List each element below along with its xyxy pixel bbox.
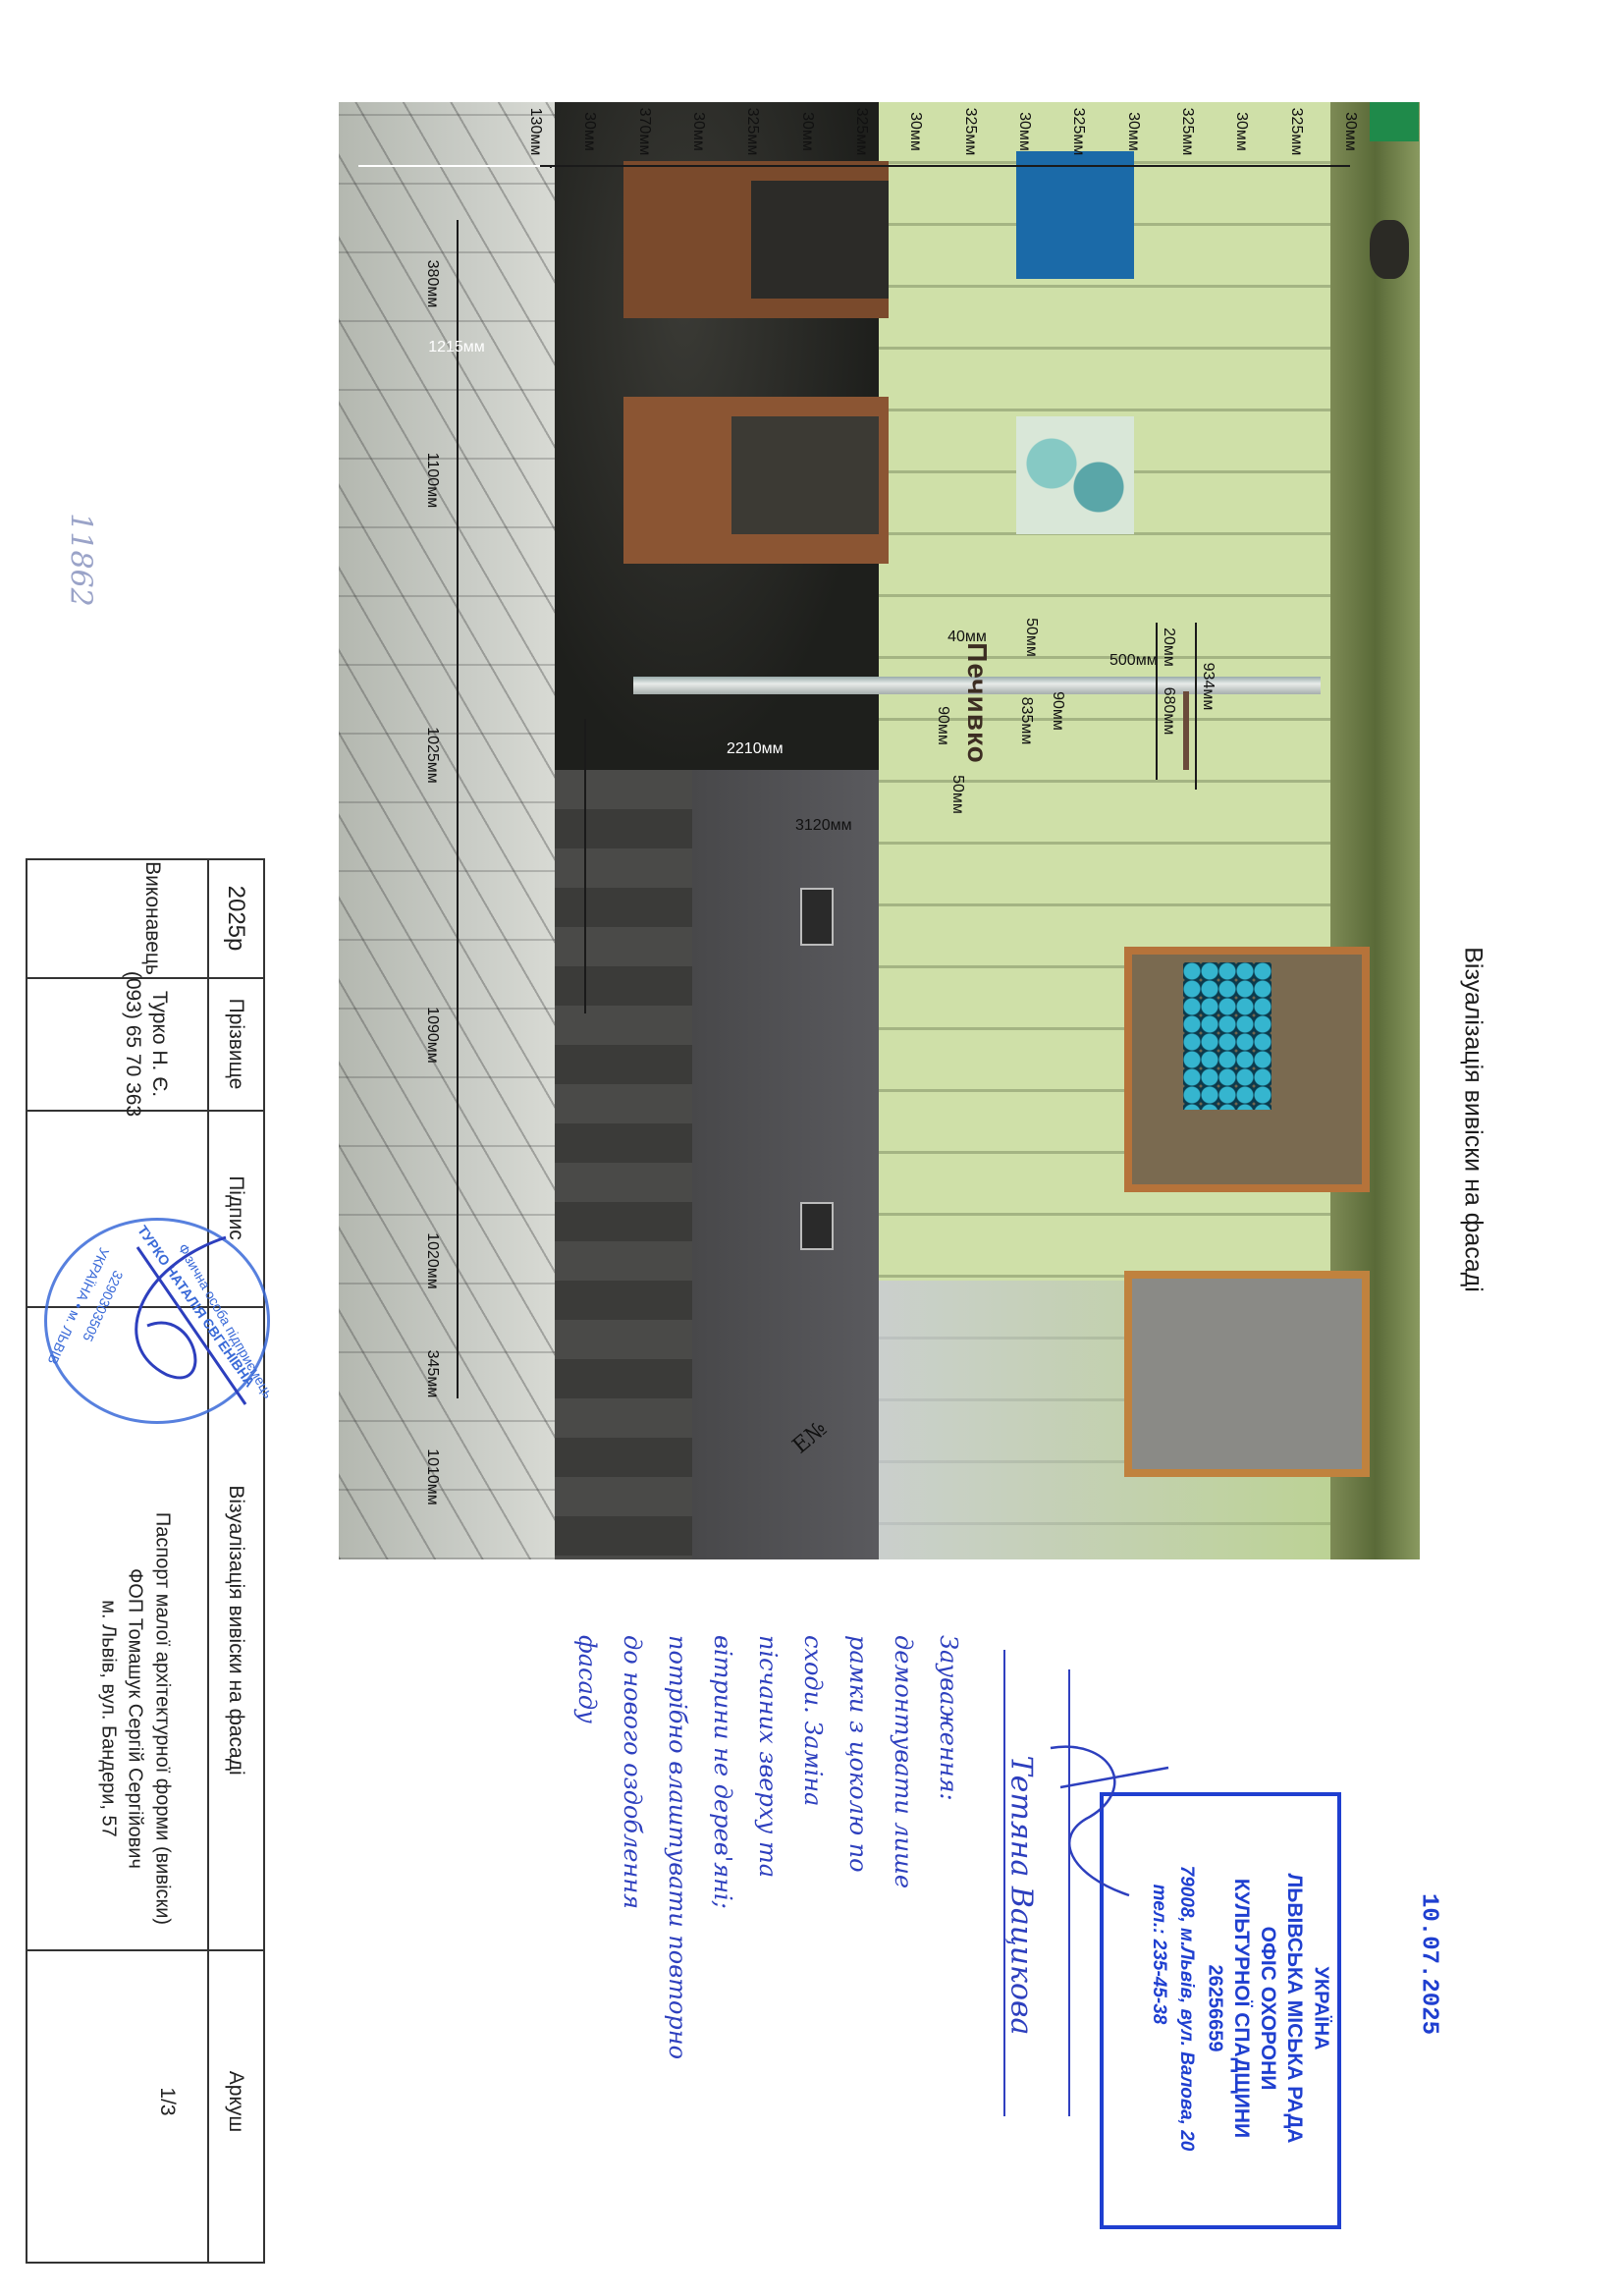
vent-2 [800, 1202, 834, 1250]
top-dimension-label: 30мм [1015, 112, 1033, 151]
stamp-line-6: 79008, м.Львів, вул. Валова, 20 [1175, 1866, 1197, 2152]
stamp-line-5: 26256659 [1204, 1965, 1226, 2052]
sign-margin-bottom-label: 50мм [948, 775, 966, 814]
sign-text: Печивко [961, 642, 993, 763]
top-dimension-label: 30мм [1232, 112, 1250, 151]
phone-value: (093) 65 70 363 [121, 971, 144, 1117]
stamp-line-3: ОФІС ОХОРОНИ [1256, 1927, 1279, 2091]
top-dimension-label: 30мм [689, 112, 707, 151]
row-separator-4 [26, 1949, 265, 1951]
page-title: Візуалізація вивіски на фасаді [1459, 947, 1488, 1292]
sheet-label: Аркуш [224, 2071, 247, 2132]
door-width-label: 1215мм [428, 339, 485, 356]
left-dimension-label: 345мм [423, 1350, 441, 1398]
granite-panel [692, 770, 879, 1559]
shop-window-2 [1124, 1271, 1370, 1477]
bracket-arm-label: 500мм [1109, 652, 1158, 670]
sign-height-bottom-label: 90мм [934, 706, 951, 745]
approval-date: 10.07.2025 [1416, 1893, 1442, 2035]
vent-1 [800, 888, 834, 946]
doc-title-cell: Візуалізація вивіски на фасаді [224, 1485, 247, 1775]
top-dimension-label: 325мм [852, 108, 870, 156]
spacer [550, 167, 552, 168]
sign-height-top-label: 90мм [1049, 691, 1066, 731]
top-dimension-label: 325мм [1287, 108, 1305, 156]
note-line: до нового оздоблення [619, 1635, 646, 1909]
left-dimension-line [457, 220, 459, 1398]
sign-bracket [1183, 691, 1189, 770]
doc-description-line-2: ФОП Томашук Сергій Сергійович [124, 1568, 146, 1869]
doc-description-line-1: Паспорт малої архітектурної форми (вивіс… [151, 1512, 174, 1925]
note-line: вітрини не дерев'яні; [709, 1635, 736, 1909]
bracket-total-label: 934мм [1199, 663, 1217, 711]
surname-value: Турко Н. Є. [147, 991, 171, 1097]
granite-base [555, 770, 692, 1559]
top-dimension-label: 325мм [961, 108, 979, 156]
top-dimension-label: 325мм [743, 108, 761, 156]
bracket-plate-label: 680мм [1160, 687, 1177, 736]
sign-offset-label: 40мм [947, 629, 987, 646]
executor-signature [79, 1228, 275, 1424]
note-line: сходи. Заміна [799, 1635, 827, 1806]
approver-signature [1031, 1728, 1178, 1925]
row-separator-1 [26, 977, 265, 979]
archive-number: 11862 [64, 513, 98, 606]
to-sign-label: 2210мм [727, 740, 784, 758]
door-width-line [358, 165, 540, 167]
left-dimension-label: 1010мм [423, 1449, 441, 1505]
bracket-dimension-line [1156, 623, 1158, 780]
bracket-total-line [1195, 623, 1197, 790]
top-dimension-label: 30мм [580, 112, 598, 151]
sign-length-label: 835мм [1017, 697, 1035, 745]
bracket-gap-label: 20мм [1160, 628, 1177, 667]
window-dot-pattern [1183, 962, 1271, 1110]
lamp [1370, 220, 1409, 279]
top-dimension-line [535, 165, 1350, 167]
stamp-line-4: КУЛЬТУРНОЇ СПАДЩИНИ [1229, 1879, 1253, 2138]
surname-label: Прізвище [224, 999, 247, 1090]
executor-label: Виконавець [140, 861, 164, 975]
top-dimension-label: 370мм [635, 108, 653, 156]
left-dimension-label: 1020мм [423, 1232, 441, 1289]
note-line: рамки з цоколю по [844, 1635, 872, 1873]
facade-photo: 130мм30мм370мм30мм325мм30мм325мм30мм325м… [339, 102, 1420, 1559]
top-dimension-label: 30мм [1124, 112, 1142, 151]
sheet-value: 1/3 [155, 2087, 179, 2115]
doc-description-line-3: м. Львів, вул. Бандери, 57 [97, 1600, 120, 1836]
row-separator-2 [26, 1110, 265, 1112]
top-dimension-label: 325мм [1069, 108, 1087, 156]
year-cell: 2025р [222, 886, 249, 952]
green-sign [1370, 102, 1419, 141]
door-1-glass [751, 181, 889, 299]
top-dimension-label: 325мм [1178, 108, 1196, 156]
tiled-wall [339, 102, 555, 1559]
top-dimension-label: 30мм [1341, 112, 1359, 151]
stamp-line-1: УКРАЇНА [1310, 1966, 1332, 2050]
to-sign-line [584, 719, 586, 1013]
left-dimension-label: 1090мм [423, 1007, 441, 1064]
table-divider-vertical [207, 860, 209, 2264]
note-line: фасаду [573, 1635, 601, 1723]
door-2-glass [731, 416, 879, 534]
note-line: демонтувати лише [890, 1635, 917, 1888]
left-dimension-label: 1100мм [423, 453, 441, 508]
sign-margin-top-label: 50мм [1022, 618, 1040, 657]
note-line: потрібно влаштувати повторно [664, 1635, 691, 2059]
top-dimension-label: 30мм [906, 112, 924, 151]
door-2-decal [1016, 416, 1134, 534]
top-dimension-label: 30мм [798, 112, 816, 151]
door-1-poster [1016, 151, 1134, 279]
to-bracket-label: 3120мм [795, 817, 852, 835]
left-dimension-label: 380мм [423, 260, 441, 308]
top-dimension-label: 130мм [526, 108, 544, 156]
note-line: Зауваження: [935, 1635, 962, 1801]
left-dimension-label: 1025мм [423, 727, 441, 784]
note-line: пісчаних зверху та [754, 1635, 782, 1878]
stamp-line-2: ЛЬВІВСЬКА МІСЬКА РАДА [1282, 1874, 1306, 2144]
